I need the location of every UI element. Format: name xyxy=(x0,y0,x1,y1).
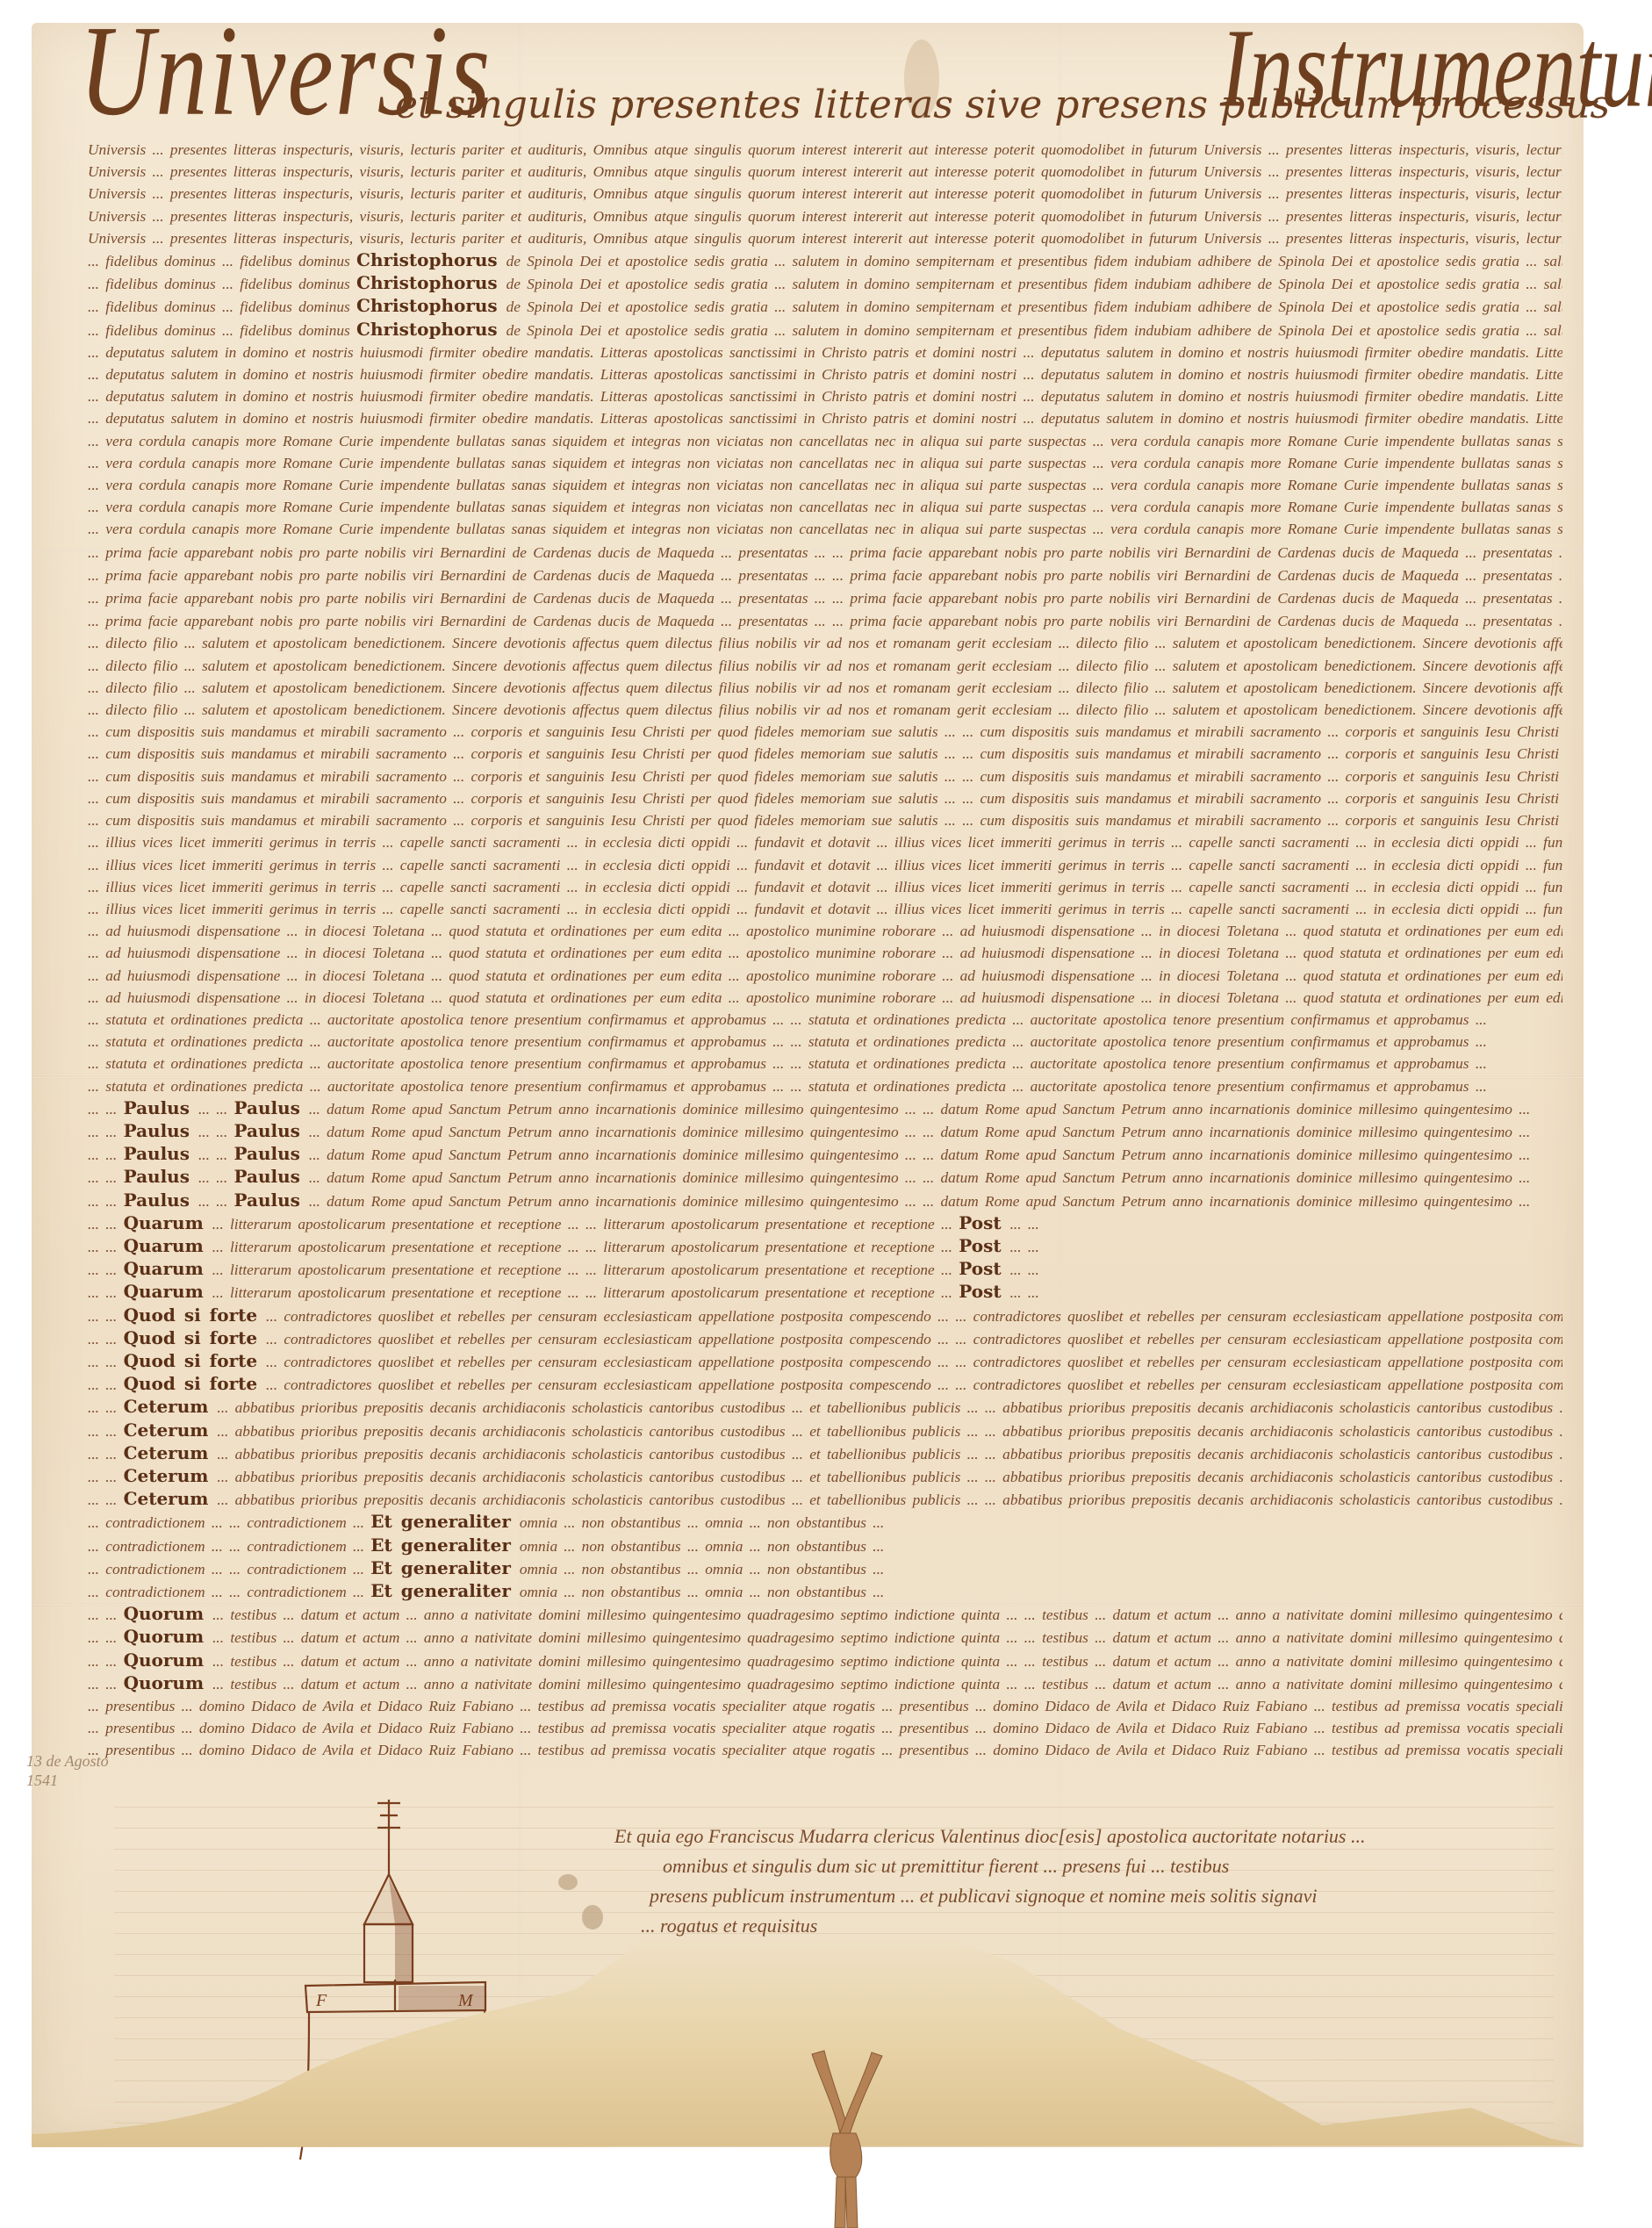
highlighted-word: Christophorus xyxy=(356,249,506,270)
highlighted-word: Ceterum xyxy=(124,1396,218,1417)
highlighted-word: Quod si forte xyxy=(124,1350,266,1371)
highlighted-word: Paulus xyxy=(124,1120,198,1141)
manuscript-line: ... ... Ceterum ... abbatibus prioribus … xyxy=(88,1465,1562,1488)
manuscript-line: ... ... Quod si forte ... contradictores… xyxy=(88,1304,1562,1327)
manuscript-line: ... illius vices licet immeriti gerimus … xyxy=(88,876,1562,898)
manuscript-line: Universis ... presentes litteras inspect… xyxy=(88,161,1562,183)
manuscript-line: ... contradictionem ... ... contradictio… xyxy=(88,1557,1562,1580)
manuscript-line: ... presentibus ... domino Didaco de Avi… xyxy=(88,1695,1562,1717)
highlighted-word: Paulus xyxy=(124,1143,198,1164)
highlighted-word: Quarum xyxy=(124,1212,212,1233)
manuscript-line: ... ... Quod si forte ... contradictores… xyxy=(88,1373,1562,1396)
highlighted-word: Paulus xyxy=(234,1143,309,1164)
highlighted-word: Ceterum xyxy=(124,1465,218,1486)
highlighted-word: Et generaliter xyxy=(370,1511,520,1532)
margin-note: 13 de Agosto 1541 xyxy=(26,1751,109,1790)
manuscript-line: ... fidelibus dominus ... fidelibus domi… xyxy=(88,295,1562,318)
highlighted-word: Quarum xyxy=(124,1235,212,1256)
heading-final: Instrumentum xyxy=(1220,4,1652,133)
manuscript-line: ... vera cordula canapis more Romane Cur… xyxy=(88,430,1562,452)
highlighted-word: Ceterum xyxy=(124,1488,218,1509)
manuscript-line: ... ... Paulus ... ... Paulus ... datum … xyxy=(88,1166,1562,1189)
manuscript-line: ... cum dispositis suis mandamus et mira… xyxy=(88,765,1562,787)
manuscript-line: ... illius vices licet immeriti gerimus … xyxy=(88,831,1562,853)
manuscript-line: ... ... Quorum ... testibus ... datum et… xyxy=(88,1672,1562,1695)
manuscript-line: ... ... Ceterum ... abbatibus prioribus … xyxy=(88,1419,1562,1442)
manuscript-line: ... ad huiusmodi dispensatione ... in di… xyxy=(88,965,1562,987)
highlighted-word: Quorum xyxy=(124,1672,213,1693)
subscription-line: omnibus et singulis dum sic ut premittit… xyxy=(614,1851,1562,1881)
highlighted-word: Ceterum xyxy=(124,1419,218,1441)
manuscript-line: ... ... Paulus ... ... Paulus ... datum … xyxy=(88,1120,1562,1143)
manuscript-line: ... fidelibus dominus ... fidelibus domi… xyxy=(88,272,1562,295)
highlighted-word: Paulus xyxy=(234,1189,309,1211)
manuscript-line: ... presentibus ... domino Didaco de Avi… xyxy=(88,1739,1562,1761)
manuscript-line: ... dilecto filio ... salutem et apostol… xyxy=(88,655,1562,677)
highlighted-word: Paulus xyxy=(234,1120,309,1141)
highlighted-word: Paulus xyxy=(124,1097,198,1118)
highlighted-word: Christophorus xyxy=(356,295,506,316)
manuscript-line: ... prima facie apparebant nobis pro par… xyxy=(88,564,1562,586)
highlighted-word: Quarum xyxy=(124,1258,212,1279)
manuscript-line: ... deputatus salutem in domino et nostr… xyxy=(88,407,1562,429)
manuscript-line: ... statuta et ordinationes predicta ...… xyxy=(88,1031,1562,1053)
highlighted-word: Quod si forte xyxy=(124,1327,266,1348)
margin-note-date: 13 de Agosto xyxy=(26,1751,109,1771)
manuscript-line: ... ... Quarum ... litterarum apostolica… xyxy=(88,1258,1562,1281)
manuscript-line: ... contradictionem ... ... contradictio… xyxy=(88,1534,1562,1557)
manuscript-line: ... ... Paulus ... ... Paulus ... datum … xyxy=(88,1189,1562,1212)
document-body: Universis ... presentes litteras inspect… xyxy=(88,139,1562,1763)
manuscript-line: ... ... Ceterum ... abbatibus prioribus … xyxy=(88,1488,1562,1511)
manuscript-line: ... prima facie apparebant nobis pro par… xyxy=(88,541,1562,564)
manuscript-line: ... fidelibus dominus ... fidelibus domi… xyxy=(88,319,1562,341)
manuscript-line: ... ... Quorum ... testibus ... datum et… xyxy=(88,1649,1562,1672)
manuscript-line: ... ad huiusmodi dispensatione ... in di… xyxy=(88,942,1562,964)
manuscript-line: Universis ... presentes litteras inspect… xyxy=(88,205,1562,227)
highlighted-word: Post xyxy=(959,1235,1009,1256)
manuscript-line: ... statuta et ordinationes predicta ...… xyxy=(88,1075,1562,1097)
highlighted-word: Et generaliter xyxy=(370,1534,520,1556)
manuscript-line: Universis ... presentes litteras inspect… xyxy=(88,227,1562,249)
manuscript-line: ... ... Quarum ... litterarum apostolica… xyxy=(88,1235,1562,1258)
manuscript-line: ... illius vices licet immeriti gerimus … xyxy=(88,898,1562,920)
manuscript-line: ... ... Quod si forte ... contradictores… xyxy=(88,1350,1562,1373)
manuscript-line: ... ... Paulus ... ... Paulus ... datum … xyxy=(88,1143,1562,1166)
manuscript-line: ... deputatus salutem in domino et nostr… xyxy=(88,385,1562,407)
manuscript-line: ... presentibus ... domino Didaco de Avi… xyxy=(88,1717,1562,1739)
manuscript-line: ... ... Ceterum ... abbatibus prioribus … xyxy=(88,1396,1562,1419)
manuscript-line: ... contradictionem ... ... contradictio… xyxy=(88,1511,1562,1534)
manuscript-line: ... statuta et ordinationes predicta ...… xyxy=(88,1009,1562,1031)
manuscript-line: ... cum dispositis suis mandamus et mira… xyxy=(88,787,1562,809)
highlighted-word: Quorum xyxy=(124,1626,213,1647)
highlighted-word: Post xyxy=(959,1212,1009,1233)
manuscript-line: ... dilecto filio ... salutem et apostol… xyxy=(88,632,1562,654)
manuscript-line: ... ... Quod si forte ... contradictores… xyxy=(88,1327,1562,1350)
highlighted-word: Quarum xyxy=(124,1281,212,1302)
manuscript-line: Universis ... presentes litteras inspect… xyxy=(88,183,1562,205)
manuscript-line: ... ... Quorum ... testibus ... datum et… xyxy=(88,1626,1562,1649)
highlighted-word: Christophorus xyxy=(356,272,506,293)
highlighted-word: Et generaliter xyxy=(370,1557,520,1578)
highlighted-word: Christophorus xyxy=(356,319,506,340)
manuscript-line: ... vera cordula canapis more Romane Cur… xyxy=(88,474,1562,496)
margin-note-year: 1541 xyxy=(26,1771,109,1790)
highlighted-word: Ceterum xyxy=(124,1442,218,1463)
manuscript-line: ... ... Ceterum ... abbatibus prioribus … xyxy=(88,1442,1562,1465)
document-heading: Universis et singulis presentes litteras… xyxy=(53,26,1562,140)
manuscript-line: ... cum dispositis suis mandamus et mira… xyxy=(88,809,1562,831)
manuscript-line: ... prima facie apparebant nobis pro par… xyxy=(88,586,1562,609)
manuscript-line: ... ad huiusmodi dispensatione ... in di… xyxy=(88,920,1562,942)
highlighted-word: Paulus xyxy=(234,1166,309,1187)
highlighted-word: Post xyxy=(959,1281,1009,1302)
manuscript-line: ... contradictionem ... ... contradictio… xyxy=(88,1580,1562,1603)
highlighted-word: Quod si forte xyxy=(124,1304,266,1326)
manuscript-line: ... illius vices licet immeriti gerimus … xyxy=(88,854,1562,876)
manuscript-line: ... vera cordula canapis more Romane Cur… xyxy=(88,518,1562,540)
manuscript-line: ... ad huiusmodi dispensatione ... in di… xyxy=(88,987,1562,1009)
manuscript-line: ... ... Quorum ... testibus ... datum et… xyxy=(88,1603,1562,1626)
notary-subscription: Et quia ego Franciscus Mudarra clericus … xyxy=(614,1822,1562,1941)
manuscript-line: ... dilecto filio ... salutem et apostol… xyxy=(88,699,1562,721)
highlighted-word: Et generaliter xyxy=(370,1580,520,1601)
manuscript-line: ... deputatus salutem in domino et nostr… xyxy=(88,363,1562,385)
highlighted-word: Quorum xyxy=(124,1649,213,1671)
manuscript-line: ... cum dispositis suis mandamus et mira… xyxy=(88,721,1562,743)
manuscript-line: ... ... Quarum ... litterarum apostolica… xyxy=(88,1281,1562,1304)
highlighted-word: Quod si forte xyxy=(124,1373,266,1394)
manuscript-line: ... cum dispositis suis mandamus et mira… xyxy=(88,743,1562,765)
manuscript-line: ... vera cordula canapis more Romane Cur… xyxy=(88,452,1562,474)
manuscript-line: ... dilecto filio ... salutem et apostol… xyxy=(88,677,1562,699)
seal-cord xyxy=(794,2045,891,2228)
manuscript-line: ... deputatus salutem in domino et nostr… xyxy=(88,341,1562,363)
manuscript-line: ... prima facie apparebant nobis pro par… xyxy=(88,609,1562,632)
manuscript-line: ... vera cordula canapis more Romane Cur… xyxy=(88,496,1562,518)
manuscript-line: ... fidelibus dominus ... fidelibus domi… xyxy=(88,249,1562,272)
subscription-line: presens publicum instrumentum ... et pub… xyxy=(614,1881,1562,1911)
manuscript-line: Universis ... presentes litteras inspect… xyxy=(88,139,1562,161)
manuscript-line: ... ... Quarum ... litterarum apostolica… xyxy=(88,1212,1562,1235)
manuscript-line: ... ... Paulus ... ... Paulus ... datum … xyxy=(88,1097,1562,1120)
highlighted-word: Paulus xyxy=(124,1166,198,1187)
highlighted-word: Paulus xyxy=(234,1097,309,1118)
highlighted-word: Post xyxy=(959,1258,1009,1279)
manuscript-line: ... presentibus ... domino Didaco de Avi… xyxy=(88,1762,1562,1763)
highlighted-word: Paulus xyxy=(124,1189,198,1211)
subscription-line: Et quia ego Franciscus Mudarra clericus … xyxy=(614,1822,1562,1851)
highlighted-word: Quorum xyxy=(124,1603,213,1624)
manuscript-line: ... statuta et ordinationes predicta ...… xyxy=(88,1053,1562,1074)
